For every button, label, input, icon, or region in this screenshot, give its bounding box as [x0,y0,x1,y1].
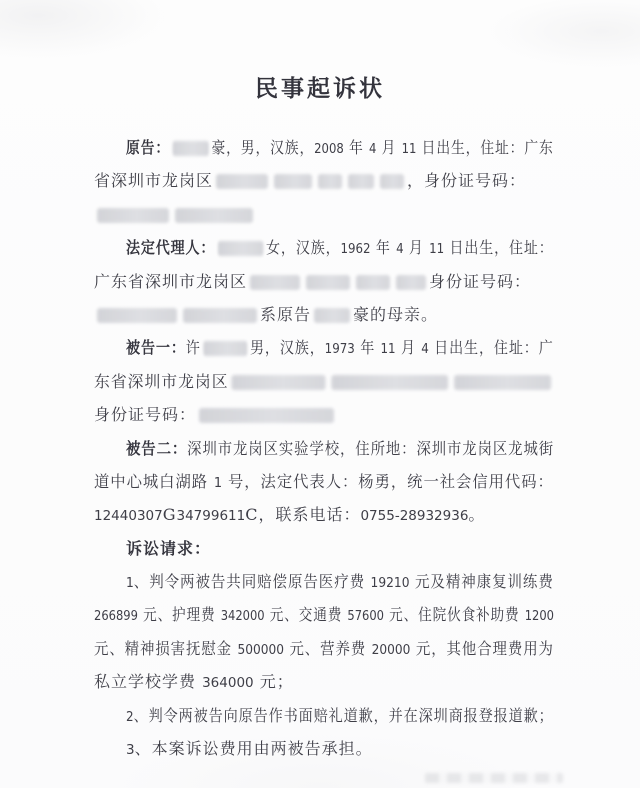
field-label: 被告二： [126,439,187,458]
text-run: 东省深圳市龙岗区 [94,372,229,391]
text-run: 身份证号码： [94,405,196,424]
line-content [94,198,256,231]
numeric-run: 500000 [237,642,283,658]
numeric-run: 2 [126,709,134,725]
line-content: 被告一：许男，汉族，1973 年 11 月 4 日出生，住址：广 [126,331,554,366]
redacted-text [250,275,300,290]
line-content: 1、判令两被告共同赔偿原告医疗费 19210 元及精神康复训练费 [126,565,554,600]
redacted-text [314,308,350,323]
numeric-run: 1 [214,475,222,491]
line-content: 私立学校学费 364000 元； [94,665,294,700]
redacted-text [175,208,253,223]
numeric-run: 4 [421,341,429,357]
numeric-run: 4 [396,241,404,257]
field-label: 被告一： [126,338,186,357]
defendant2-line-1: 被告二：深圳市龙岗区实验学校，住所地：深圳市龙岗区龙城街 [94,432,554,465]
numeric-run: 12440307 [94,508,163,524]
redacted-text [97,308,177,323]
guardian-line-3: 系原告豪的母亲。 [94,298,554,331]
line-content: 广东省深圳市龙岗区身份证号码： [94,265,531,298]
text-run: 深圳市龙岗区实验学校，住所地：深圳市龙岗区龙城街 [187,439,554,458]
numeric-run: 11 [402,141,417,157]
numeric-run: 1 [126,575,134,591]
numeric-run: 364000 [202,675,254,691]
numeric-run: 266899 [94,608,138,624]
redacted-text [396,275,426,290]
redacted-text [203,341,247,356]
text-run: 2、判令两被告向原告作书面赔礼道歉，并在深圳商报登报道歉； [126,706,554,725]
line-content: 3、本案诉讼费用由两被告承担。 [126,732,373,767]
text-run: 系原告 [260,305,311,324]
faint-smudge-artifact [425,773,563,783]
scanned-document-page: 民事起诉状 原告：豪，男，汉族，2008 年 4 月 11 日出生，住址：广东省… [0,0,640,788]
redacted-text [348,174,374,189]
numeric-run: 1973 [325,341,355,357]
line-content: 2、判令两被告向原告作书面赔礼道歉，并在深圳商报登报道歉； [126,699,554,734]
claims-heading: 诉讼请求： [94,532,554,565]
guardian-line-2: 广东省深圳市龙岗区身份证号码： [94,265,554,298]
line-content: 省深圳市龙岗区，身份证号码： [94,164,526,197]
defendant1-line-2: 东省深圳市龙岗区 [94,365,554,398]
line-content: 266899 元、护理费 342000 元、交通费 57600 元、住院伙食补助… [94,598,554,633]
redacted-text [183,308,257,323]
text-run: 许 [186,338,201,357]
claim1-line-1: 1、判令两被告共同赔偿原告医疗费 19210 元及精神康复训练费 [94,565,554,598]
numeric-run: 34799611 [177,508,246,524]
text-run: 私立学校学费 364000 元； [94,672,294,691]
numeric-run: 2008 [314,141,344,157]
numeric-run: 11 [381,341,396,357]
numeric-run: 3 [126,742,135,758]
numeric-run: 1200 [525,608,554,624]
redacted-text [356,275,390,290]
redacted-text [216,174,268,189]
claim1-line-3: 元、精神损害抚慰金 500000 元、营养费 20000 元，其他合理费用为 [94,632,554,665]
claim3-line: 3、本案诉讼费用由两被告承担。 [94,732,554,765]
document-body: 原告：豪，男，汉族，2008 年 4 月 11 日出生，住址：广东省深圳市龙岗区… [94,131,554,765]
line-content: 法定代理人：女，汉族，1962 年 4 月 11 日出生，住址： [126,231,554,266]
document-title: 民事起诉状 [0,0,640,103]
text-run: 身份证号码： [429,272,531,291]
line-content: 东省深圳市龙岗区 [94,365,554,398]
field-label: 原告： [126,138,170,157]
text-run: 3、本案诉讼费用由两被告承担。 [126,739,373,758]
numeric-run: 342000 [221,608,265,624]
guardian-line-1: 法定代理人：女，汉族，1962 年 4 月 11 日出生，住址： [94,231,554,264]
text-run: 1、判令两被告共同赔偿原告医疗费 19210 元及精神康复训练费 [126,572,554,591]
redacted-text [274,174,312,189]
defendant1-line-1: 被告一：许男，汉族，1973 年 11 月 4 日出生，住址：广 [94,331,554,364]
redacted-text [199,408,334,423]
redacted-text [331,375,448,390]
text-run: 省深圳市龙岗区 [94,171,213,190]
line-content: 原告：豪，男，汉族，2008 年 4 月 11 日出生，住址：广东 [126,131,554,166]
defendant1-line-3: 身份证号码： [94,398,554,431]
text-run: 266899 元、护理费 342000 元、交通费 57600 元、住院伙食补助… [94,605,554,624]
numeric-run: 57600 [347,608,384,624]
redacted-text [318,174,342,189]
redacted-text [380,174,404,189]
field-label: 诉讼请求： [126,539,211,558]
text-run: 男，汉族，1973 年 11 月 4 日出生，住址：广 [250,338,554,357]
plaintiff-line-2: 省深圳市龙岗区，身份证号码： [94,164,554,197]
plaintiff-line-3 [94,198,554,231]
line-content: 元、精神损害抚慰金 500000 元、营养费 20000 元，其他合理费用为 [94,632,554,667]
defendant2-line-2: 道中心城白湖路 1 号，法定代表人：杨勇，统一社会信用代码： [94,465,554,498]
numeric-run: 19210 [371,575,410,591]
claim2-line: 2、判令两被告向原告作书面赔礼道歉，并在深圳商报登报道歉； [94,699,554,732]
redacted-text [306,275,350,290]
redacted-text [218,241,264,256]
text-run: 广东省深圳市龙岗区 [94,272,247,291]
text-run: 元、精神损害抚慰金 500000 元、营养费 20000 元，其他合理费用为 [94,639,554,658]
defendant2-line-3: 12440307G34799611C，联系电话：0755-28932936。 [94,498,554,531]
text-run: 12440307G34799611C，联系电话：0755-28932936。 [94,505,485,524]
redacted-text [454,375,551,390]
numeric-run: 20000 [372,642,411,658]
claim1-line-2: 266899 元、护理费 342000 元、交通费 57600 元、住院伙食补助… [94,598,554,631]
field-label: 法定代理人： [126,238,215,257]
redacted-text [97,208,169,223]
line-content: 被告二：深圳市龙岗区实验学校，住所地：深圳市龙岗区龙城街 [126,432,554,465]
line-content: 身份证号码： [94,398,337,431]
text-run: 道中心城白湖路 1 号，法定代表人：杨勇，统一社会信用代码： [94,472,554,491]
plaintiff-line-1: 原告：豪，男，汉族，2008 年 4 月 11 日出生，住址：广东 [94,131,554,164]
numeric-run: 11 [429,241,444,257]
numeric-run: 0755-28932936 [360,508,468,524]
line-content: 12440307G34799611C，联系电话：0755-28932936。 [94,498,485,533]
redacted-text [232,375,326,390]
line-content: 诉讼请求： [126,532,211,565]
text-run: 女，汉族，1962 年 4 月 11 日出生，住址： [266,238,554,257]
text-run: 豪，男，汉族，2008 年 4 月 11 日出生，住址：广东 [211,138,553,157]
numeric-run: 1962 [340,241,370,257]
line-content: 道中心城白湖路 1 号，法定代表人：杨勇，统一社会信用代码： [94,465,554,500]
redacted-text [173,141,209,156]
text-run: 豪的母亲。 [353,305,438,324]
claim1-line-4: 私立学校学费 364000 元； [94,665,554,698]
line-content: 系原告豪的母亲。 [94,298,438,331]
text-run: ，身份证号码： [407,171,526,190]
numeric-run: 4 [369,141,376,157]
